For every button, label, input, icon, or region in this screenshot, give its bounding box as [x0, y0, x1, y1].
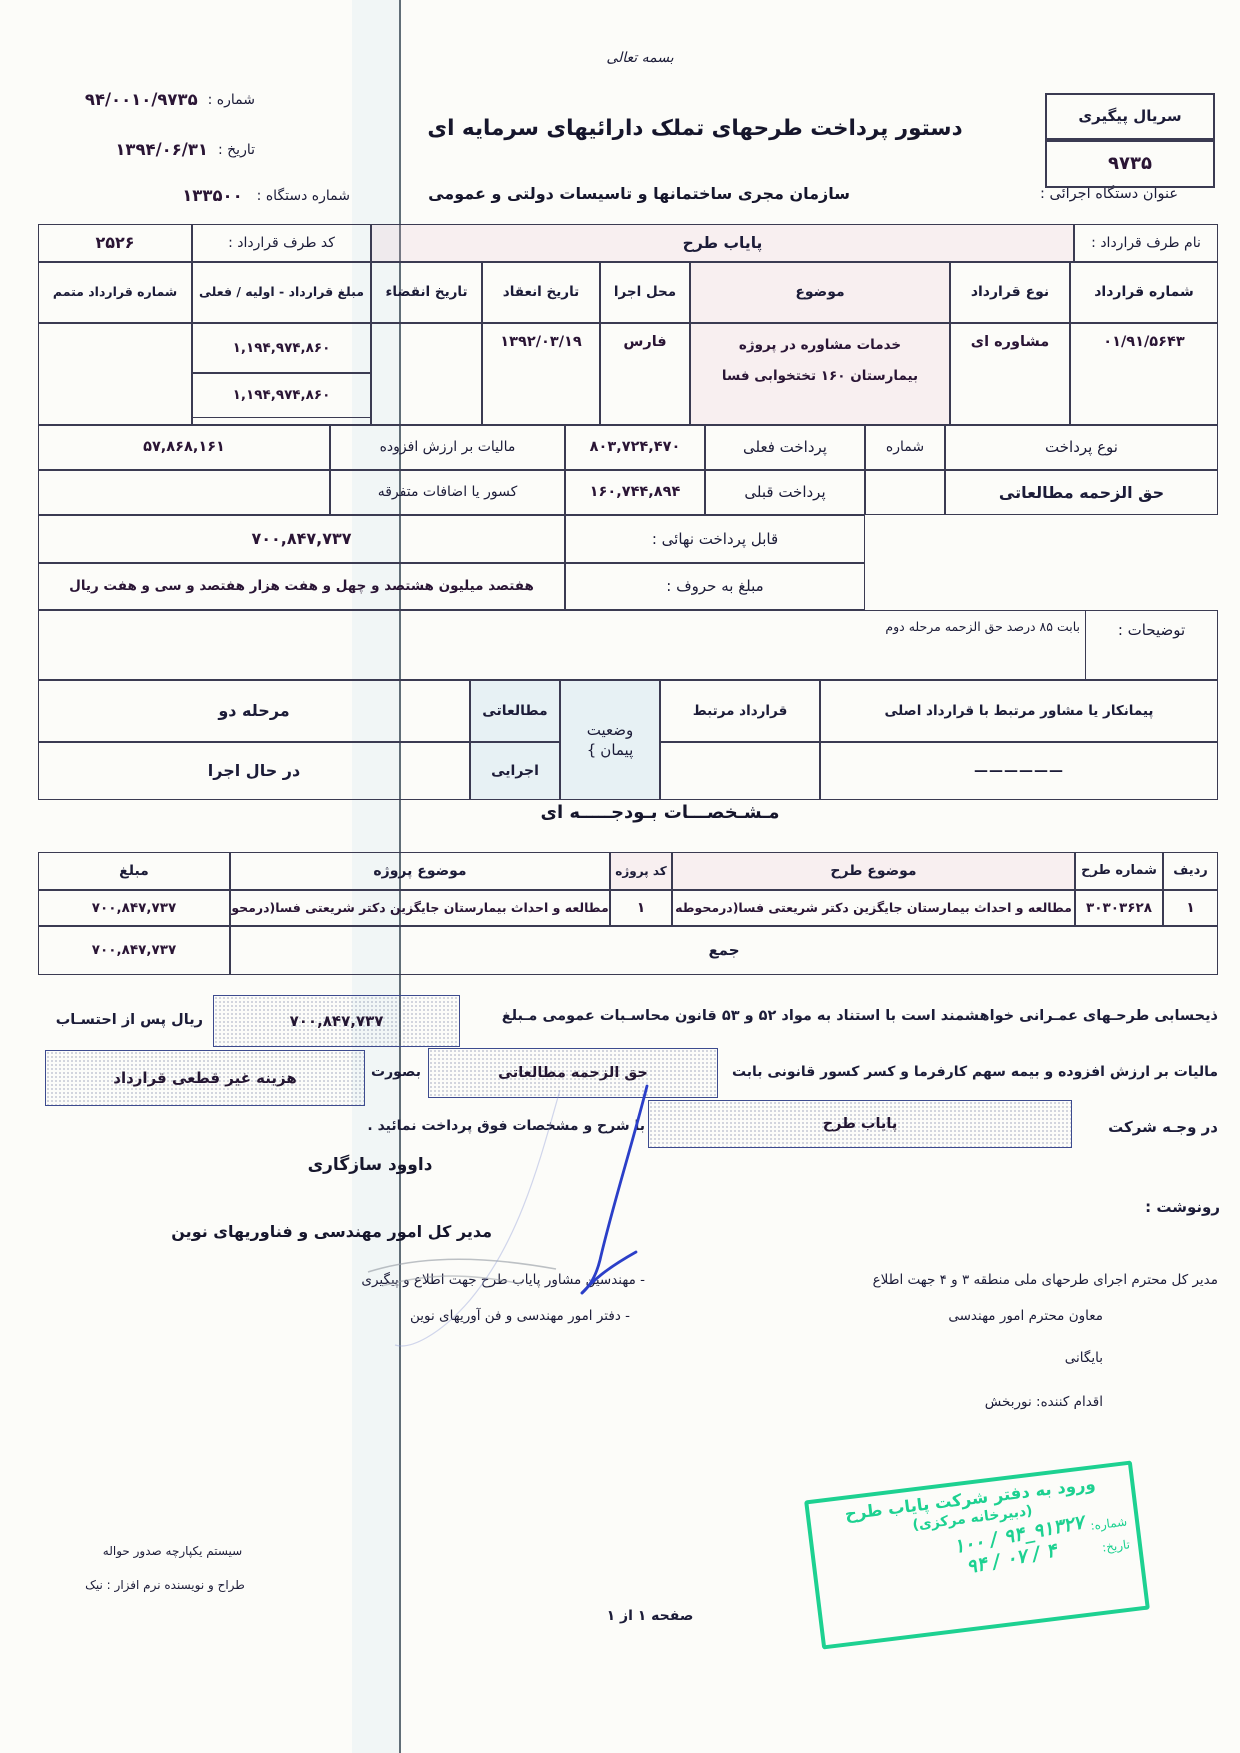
amount-words-value-cell: هفتصد میلیون هشتصد و چهل و هفت هزار هفتص…	[38, 563, 565, 610]
party-code-label-cell: کد طرف قرارداد :	[192, 224, 371, 262]
directive-fee-type-box: حق الزحمه مطالعاتی	[428, 1048, 718, 1098]
scanned-payment-order-page: بسمه تعالی دستور پرداخت طرحهای تملک دارا…	[0, 0, 1240, 1753]
footer-page-info: صفحه ۱ از ۱	[590, 1608, 710, 1624]
doc-number-value: ۹۴/۰۰۱۰/۹۷۳۵	[85, 90, 198, 109]
doc-number-row: شماره : ۹۴/۰۰۱۰/۹۷۳۵	[40, 90, 255, 109]
cc-right-item-1: مدیر کل محترم اجرای طرحهای ملی منطقه ۳ و…	[760, 1272, 1218, 1288]
budget-col-amount: مبلغ	[38, 852, 230, 890]
exec-device-label: عنوان دستگاه اجرائی :	[1040, 186, 1218, 202]
study-status-cell: مطالعاتی	[470, 680, 560, 742]
pact-status-word1: وضعیت	[587, 720, 634, 740]
col-subject: موضوع	[690, 262, 950, 323]
directive-line2-start: مالیات بر ارزش افزوده و بیمه سهم کارفرما…	[745, 1064, 1218, 1080]
budget-project-subject-cell: مطالعه و احداث بیمارستان جایگزین دکتر شر…	[230, 890, 610, 926]
contract-amount-initial-cell: ۱,۱۹۴,۹۷۴,۸۶۰	[192, 323, 371, 373]
contract-amount-current-cell: ۱,۱۹۴,۹۷۴,۸۶۰	[192, 373, 371, 418]
phase-value-cell: مرحله دو	[38, 680, 470, 742]
vat-amount-cell: ۵۷,۸۶۸,۱۶۱	[38, 425, 330, 470]
budget-total-label-cell: جمع	[230, 926, 1218, 975]
final-payable-label-cell: قابل پرداخت نهائی :	[565, 515, 865, 563]
contractor-value-cell: ——————	[820, 742, 1218, 800]
col-amount: مبلغ قرارداد - اولیه / فعلی	[192, 262, 371, 323]
budget-amount-cell: ۷۰۰,۸۴۷,۷۳۷	[38, 890, 230, 926]
fee-type-cell: حق الزحمه مطالعاتی	[945, 470, 1218, 515]
cc-left-item-1: - مهندسین مشاور پایاب طرح جهت اطلاع و پی…	[328, 1272, 645, 1288]
budget-col-plan-no: شماره طرح	[1075, 852, 1163, 890]
directive-company-box: پایاب طرح	[648, 1100, 1072, 1148]
budget-col-project-subject: موضوع پروژه	[230, 852, 610, 890]
document-title: دستور پرداخت طرحهای تملک دارائیهای سرمای…	[400, 116, 990, 141]
payment-current-label-cell: پرداخت فعلی	[705, 425, 865, 470]
directive-line3-end: با شرح و مشخصات فوق پرداخت نمائید .	[348, 1118, 645, 1134]
cc-right-item-3: بایگانی	[1035, 1350, 1103, 1366]
related-contract-label-cell: قرارداد مرتبط	[660, 680, 820, 742]
party-code-value-cell: ۲۵۲۶	[38, 224, 192, 262]
pact-status-word2: پیمان	[600, 740, 633, 760]
tracking-serial-value-cell: ۹۷۳۵	[1045, 140, 1215, 188]
cc-right-item-4: اقدام کننده: نوربخش	[955, 1394, 1103, 1410]
budget-col-project-code: کد پروژه	[610, 852, 672, 890]
col-supplement-no: شماره قرارداد متمم	[38, 262, 192, 323]
exec-status-cell: اجرایی	[470, 742, 560, 800]
pact-status-lines: وضعیت پیمان {	[587, 720, 634, 761]
contract-location-cell: فارس	[600, 323, 690, 425]
payment-previous-amount-cell: ۱۶۰,۷۴۴,۸۹۴	[565, 470, 705, 515]
pact-status-word2-row: پیمان {	[587, 740, 634, 760]
device-number-value: ۱۳۳۵۰۰	[182, 186, 242, 205]
col-expiry-date: تاریخ انقضاء	[371, 262, 482, 323]
stamp-date-label: تاریخ:	[1101, 1537, 1130, 1554]
payment-number-label-cell: شماره	[865, 425, 945, 470]
amount-words-label-cell: مبلغ به حروف :	[565, 563, 865, 610]
party-name-label-cell: نام طرف قرارداد :	[1074, 224, 1218, 262]
col-contract-type: نوع قرارداد	[950, 262, 1070, 323]
cc-label: رونوشت :	[1130, 1198, 1220, 1216]
budget-col-row: ردیف	[1163, 852, 1218, 890]
directive-line1-start: ذیحسابی طرحـهای عمـرانی خواهشمند است با …	[460, 1008, 1218, 1024]
contract-expiry-cell-empty	[371, 323, 482, 425]
final-payable-amount-cell: ۷۰۰,۸۴۷,۷۳۷	[38, 515, 565, 563]
supplement-no-cell-empty	[38, 323, 192, 425]
directive-line3-start: در وجـه شرکت	[1080, 1118, 1218, 1136]
entry-stamp: ورود به دفتر شرکت پایاب طرح (دبیرخانه مر…	[804, 1460, 1150, 1649]
cc-right-item-2: معاون محترم امور مهندسی	[898, 1308, 1103, 1324]
deductions-amount-empty-cell	[38, 470, 330, 515]
budget-total-amount-cell: ۷۰۰,۸۴۷,۷۳۷	[38, 926, 230, 975]
contract-no-cell: ۰۱/۹۱/۵۶۴۳	[1070, 323, 1218, 425]
directive-expense-type-box: هزینه غیر قطعی قرارداد	[45, 1050, 365, 1106]
org-name: سازمان مجری ساختمانها و تاسیسات دولتی و …	[430, 184, 850, 203]
budget-project-code-cell: ۱	[610, 890, 672, 926]
notes-label-cell: توضیحات :	[1085, 610, 1218, 680]
device-number-row: شماره دستگاه : ۱۳۳۵۰۰	[40, 186, 350, 205]
col-location: محل اجرا	[600, 262, 690, 323]
signer-role: مدیر کل امور مهندسی و فناوریهای نوین	[212, 1222, 492, 1241]
directive-line2-mid: بصورت	[366, 1064, 426, 1080]
directive-line1-end: ریال پس از احتسـاب	[28, 1012, 203, 1028]
payment-current-amount-cell: ۸۰۳,۷۲۴,۴۷۰	[565, 425, 705, 470]
related-contract-empty-cell	[660, 742, 820, 800]
stamp-number-label: شماره:	[1090, 1514, 1128, 1532]
budget-section-title: مـشـخصـــات بـودجـــــه ای	[460, 802, 860, 823]
budget-plan-no-cell: ۳۰۳۰۳۶۲۸	[1075, 890, 1163, 926]
doc-number-label: شماره :	[208, 92, 255, 108]
budget-plan-subject-cell: مطالعه و احداث بیمارستان جایگزین دکتر شر…	[672, 890, 1075, 926]
contract-sign-date-cell: ۱۳۹۲/۰۳/۱۹	[482, 323, 600, 425]
col-sign-date: تاریخ انعقاد	[482, 262, 600, 323]
payment-previous-label-cell: پرداخت قبلی	[705, 470, 865, 515]
exec-value-cell: در حال اجرا	[38, 742, 470, 800]
footer-system-line2: طراح و نویسنده نرم افزار : نیک	[65, 1578, 265, 1592]
tracking-serial-label-cell: سریال پیگیری	[1045, 93, 1215, 140]
cc-left-item-2: - دفتر امور مهندسی و فن آوریهای نوین	[398, 1308, 630, 1324]
signer-name: داوود سازگاری	[290, 1155, 450, 1175]
bismillah-text: بسمه تعالی	[575, 50, 705, 66]
contractor-label-cell: پیمانکار یا مشاور مرتبط با قرارداد اصلی	[820, 680, 1218, 742]
pact-brace: {	[587, 740, 597, 760]
notes-value: بابت ۸۵ درصد حق الزحمه مرحله دوم	[780, 619, 1080, 634]
party-name-value-cell: پایاب طرح	[371, 224, 1074, 262]
pact-status-cell: وضعیت پیمان {	[560, 680, 660, 800]
footer-system-line1: سیستم یکپارچه صدور حواله	[80, 1544, 265, 1558]
doc-date-label: تاریخ :	[218, 142, 255, 158]
contract-type-cell: مشاوره ای	[950, 323, 1070, 425]
vat-label-cell: مالیات بر ارزش افزوده	[330, 425, 565, 470]
doc-date-value: ۱۳۹۴/۰۶/۳۱	[115, 140, 208, 159]
deductions-label-cell: کسور یا اضافات متفرقه	[330, 470, 565, 515]
budget-row-no-cell: ۱	[1163, 890, 1218, 926]
contract-subject-cell: خدمات مشاوره در پروژه بیمارستان ۱۶۰ تختخ…	[690, 323, 950, 425]
budget-col-plan-subject: موضوع طرح	[672, 852, 1075, 890]
device-number-label: شماره دستگاه :	[257, 188, 350, 204]
doc-date-row: تاریخ : ۱۳۹۴/۰۶/۳۱	[40, 140, 255, 159]
payment-type-label-cell: نوع پرداخت	[945, 425, 1218, 470]
col-contract-no: شماره قرارداد	[1070, 262, 1218, 323]
payment-number-empty-cell	[865, 470, 945, 515]
directive-amount-box: ۷۰۰,۸۴۷,۷۳۷	[213, 995, 460, 1047]
